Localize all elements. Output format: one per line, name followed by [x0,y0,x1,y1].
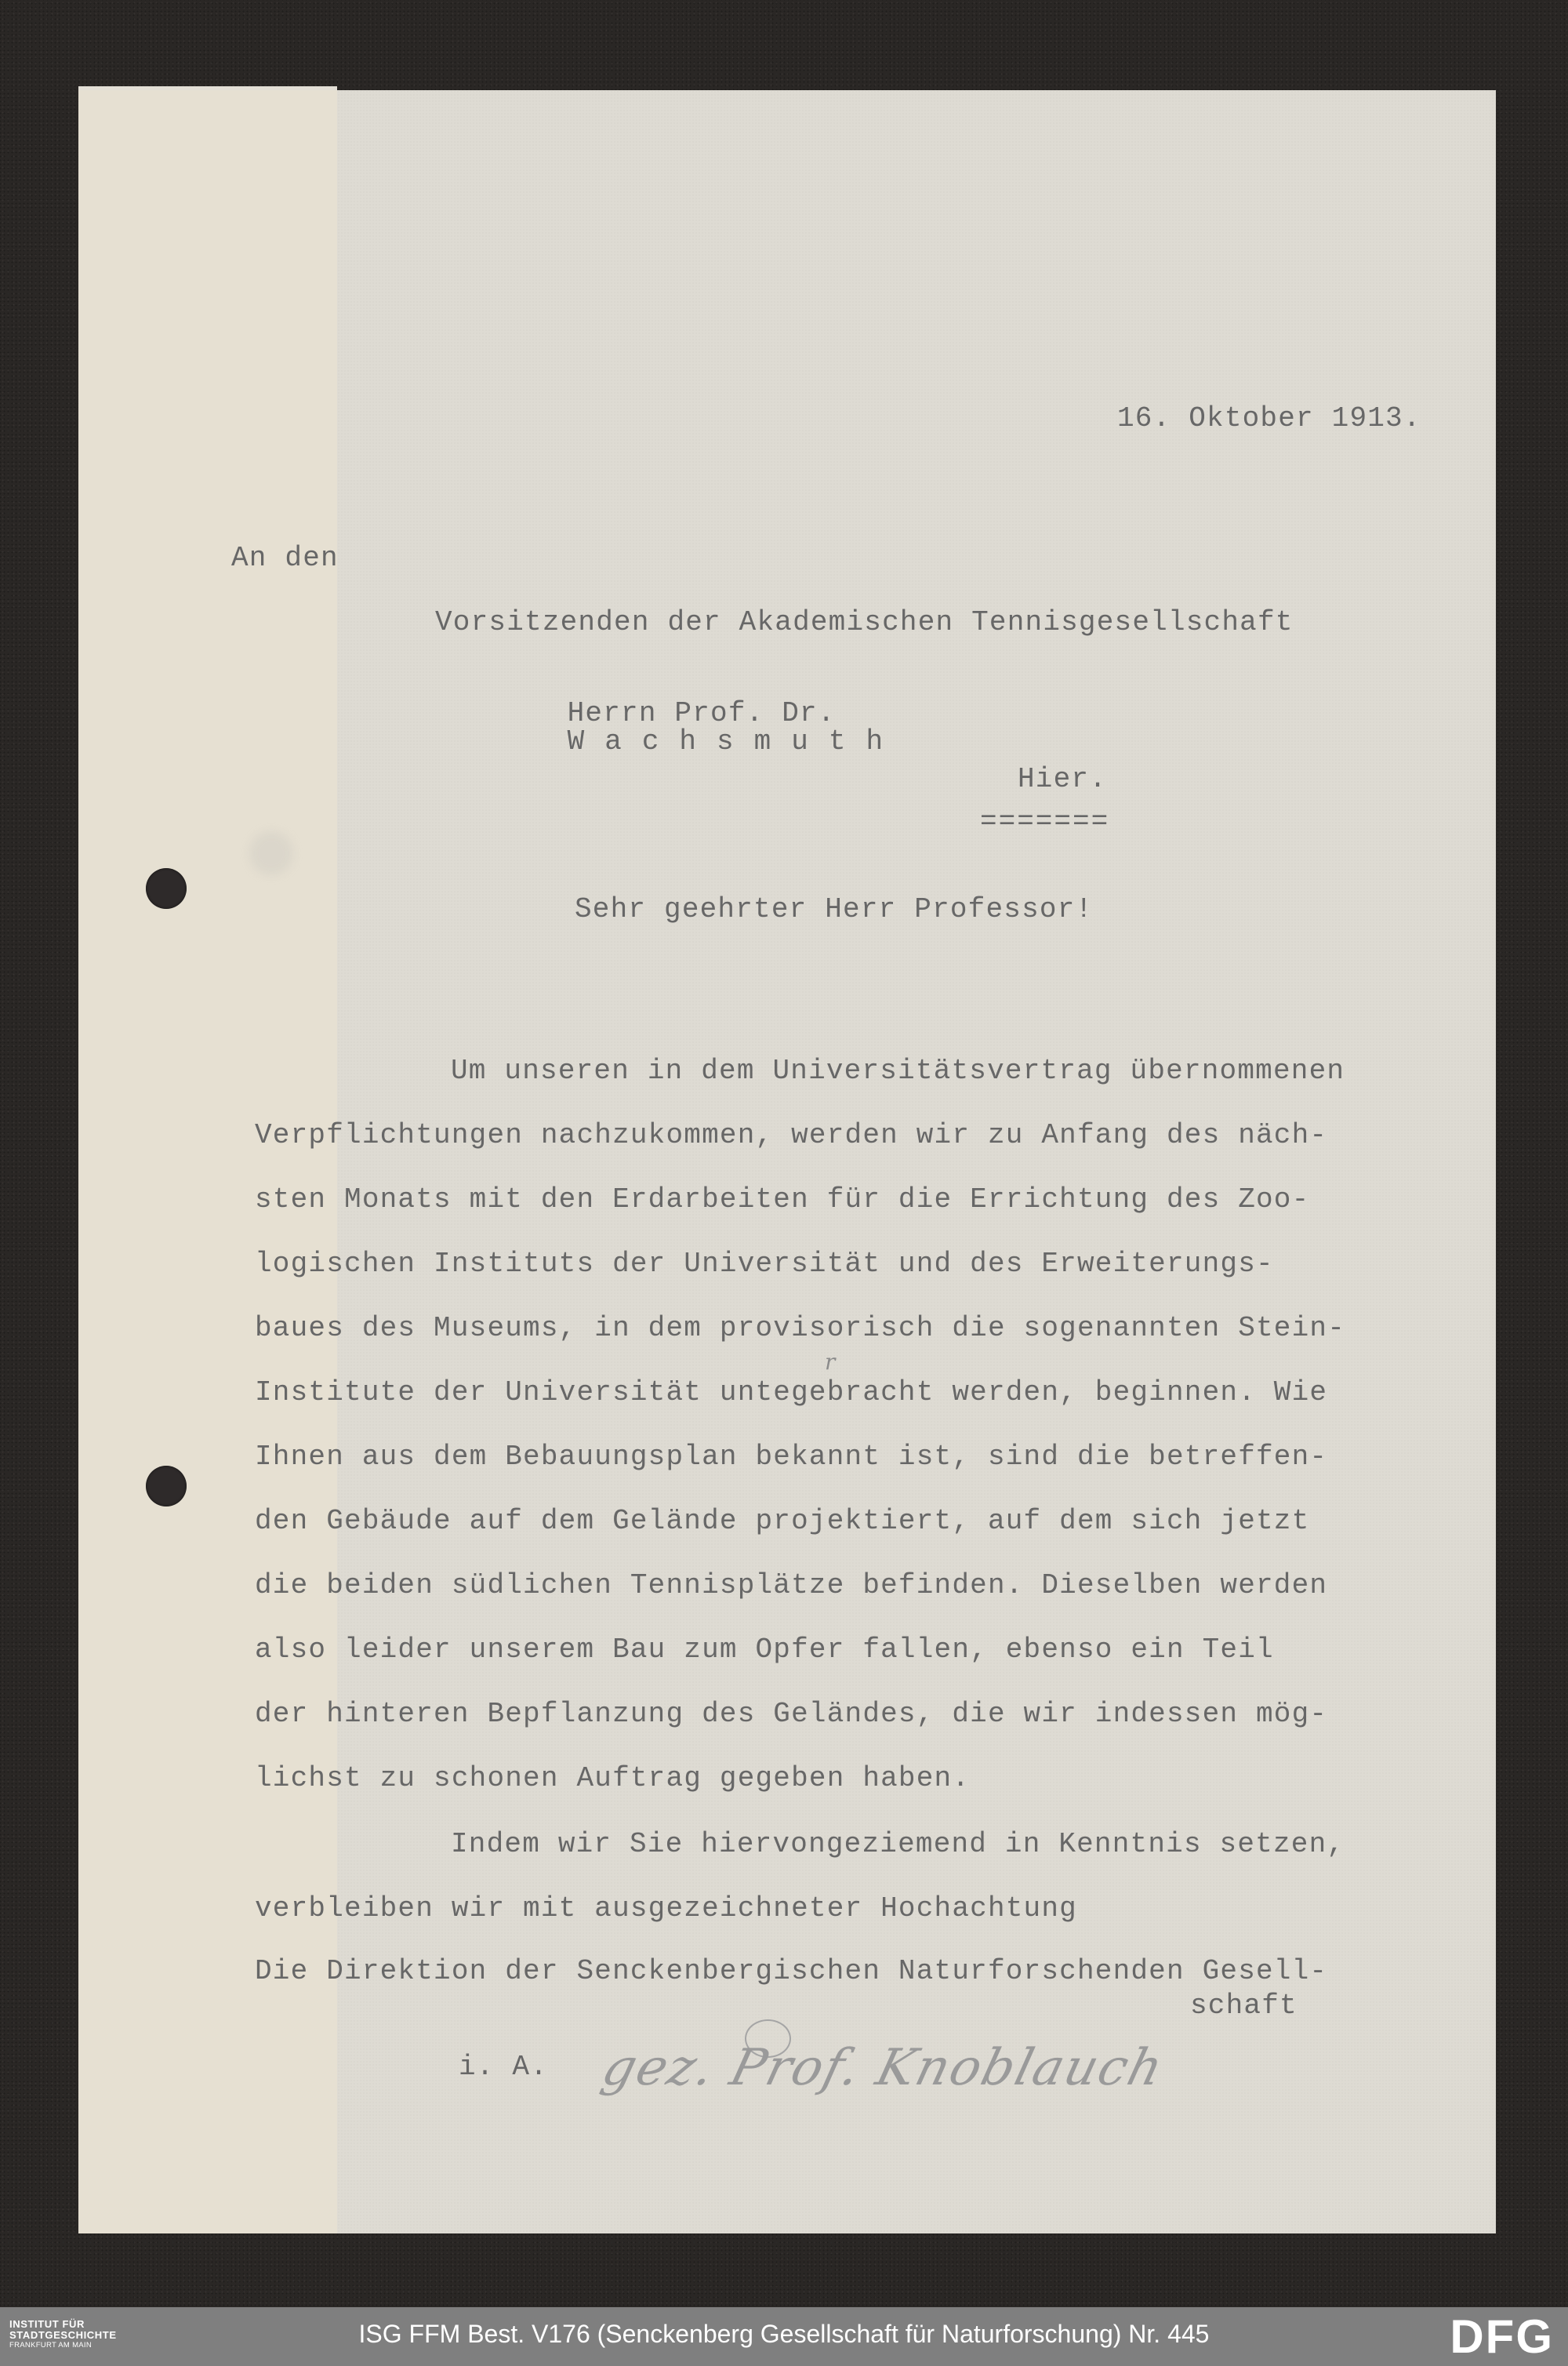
body-line: Ihnen aus dem Bebauungsplan bekannt ist,… [255,1443,1327,1471]
body-line: also leider unserem Bau zum Opfer fallen… [255,1636,1274,1664]
body-line: der hinteren Bepflanzung des Geländes, d… [255,1700,1327,1728]
recipient-location: Hier. [1018,765,1107,794]
paper-stain [249,831,293,875]
recipient-line-2: Herrn Prof. Dr. Wachsmuth [532,671,903,756]
letter-date: 16. Oktober 1913. [1117,405,1421,433]
body-line: lichst zu schonen Auftrag gegeben haben. [255,1765,970,1793]
body-line: baues des Museums, in dem provisorisch d… [255,1314,1345,1343]
recipient-title: Herrn Prof. Dr. [568,697,836,729]
sender-line-continuation: schaft [1190,1992,1298,2020]
body-line: die beiden südlichen Tennisplätze befind… [255,1572,1327,1600]
greeting: Sehr geehrter Herr Professor! [575,896,1093,924]
location-underline: ======= [980,808,1109,836]
signature-prefix: i. A. [459,2053,548,2081]
handwritten-signature: gez. Prof. Knoblauch [597,2039,1170,2097]
punch-hole-top [146,868,187,909]
recipient-name: Wachsmuth [568,725,903,758]
recipient-salutation: An den [231,544,339,572]
body-line: logischen Instituts der Universität und … [255,1250,1274,1278]
body-line: den Gebäude auf dem Gelände projektiert,… [255,1507,1309,1536]
closing-line: verbleiben wir mit ausgezeichneter Hocha… [255,1895,1077,1923]
recipient-line-1: Vorsitzenden der Akademischen Tennisgese… [435,609,1294,637]
body-line: Institute der Universität untegebracht w… [255,1379,1327,1407]
archive-footer: INSTITUT FÜR STADTGESCHICHTE FRANKFURT A… [0,2307,1568,2366]
dfg-logo: DFG [1450,2313,1554,2361]
handwritten-correction: r [825,1349,835,1375]
punch-hole-bottom [146,1466,187,1506]
body-line: sten Monats mit den Erdarbeiten für die … [255,1186,1309,1214]
closing-line: Indem wir Sie hiervongeziemend in Kenntn… [451,1830,1345,1859]
archive-caption: ISG FFM Best. V176 (Senckenberg Gesellsc… [0,2320,1568,2349]
body-line: Um unseren in dem Universitätsvertrag üb… [451,1057,1345,1085]
sender-line: Die Direktion der Senckenbergischen Natu… [255,1957,1327,1986]
body-line: Verpflichtungen nachzukommen, werden wir… [255,1121,1327,1150]
